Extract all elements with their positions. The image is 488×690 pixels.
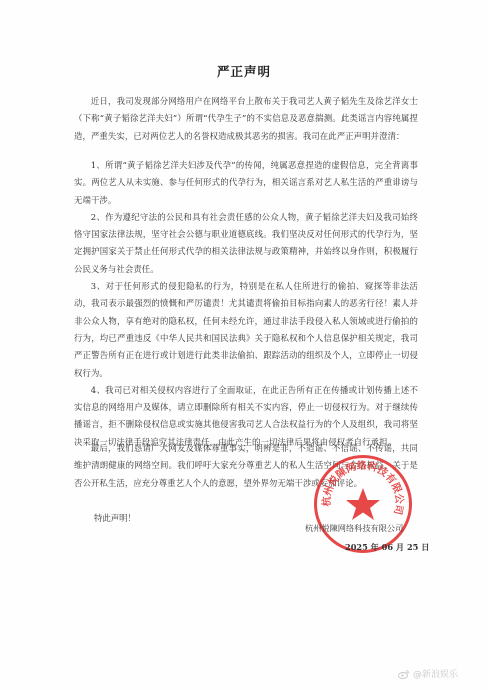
statement-item-1: 1、所谓“黄子韬徐艺洋夫妇涉及代孕”的传闻，纯属恶意捏造的虚假信息，完全背离事实… (74, 157, 418, 209)
watermark: @新浪娱乐 (398, 667, 458, 680)
weibo-icon (398, 669, 410, 679)
statement-document: 严正声明 近日，我司发现部分网络用户在网络平台上散布关于我司艺人黄子韬先生及徐艺… (0, 0, 488, 690)
final-text: 最后，我们恳请广大网友及媒体尊重事实，明辨是非，不造谣、不信谣、不传谣，共同维护… (74, 440, 418, 492)
statement-item-3: 3、对于任何形式的侵犯隐私的行为，特别是在私人住所进行的偷拍、窥探等非法活动，我… (74, 278, 418, 382)
document-title: 严正声明 (0, 62, 488, 80)
statement-items: 1、所谓“黄子韬徐艺洋夫妇涉及代孕”的传闻，纯属恶意捏造的虚假信息，完全背离事实… (74, 157, 418, 451)
watermark-text: @新浪娱乐 (413, 667, 458, 680)
intro-text: 近日，我司发现部分网络用户在网络平台上散布关于我司艺人黄子韬先生及徐艺洋女士（下… (74, 93, 418, 145)
statement-item-2: 2、作为遵纪守法的公民和具有社会责任感的公众人物，黄子韬徐艺洋夫妇及我司始终恪守… (74, 209, 418, 278)
final-paragraph: 最后，我们恳请广大网友及媒体尊重事实，明辨是非，不造谣、不信谣、不传谣，共同维护… (74, 440, 418, 492)
intro-paragraph: 近日，我司发现部分网络用户在网络平台上散布关于我司艺人黄子韬先生及徐艺洋女士（下… (74, 93, 418, 145)
signature-date: 2025 年 06 月 25 日 (345, 542, 429, 553)
signature-company: 杭州悦陳网络科技有限公司 (305, 523, 403, 534)
closing-line: 特此声明！ (94, 512, 136, 524)
